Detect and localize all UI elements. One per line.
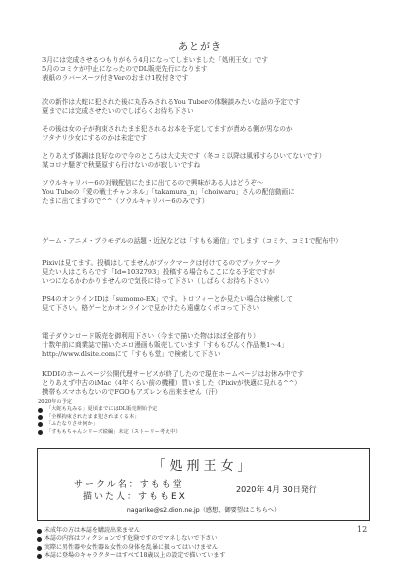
text-line: 次の新作は大蛇に犯された後に丸呑みされるYou Tuberの体験談みたいな話の予… — [42, 98, 372, 107]
text-line: ソウルキャリバー6の対戦配信にたまに出てるので興味がある人はどうぞ～ — [42, 179, 372, 188]
plan-item: 「大蛇も丸みる」夏頃までにはDL販売開始予定 — [38, 406, 181, 413]
paragraph-download-sales: 電子ダウンロード販売を御利用下さい（今まで描いた物はほぼ全部有り） 十数年前に商… — [42, 332, 372, 360]
bullet-icon — [37, 546, 42, 551]
text-line: 電子ダウンロード販売を御利用下さい（今まで描いた物はほぼ全部有り） — [42, 332, 372, 341]
text-line: 3月には完成させるつもりがもう4月になってしまいました「処刑王女」です — [42, 56, 372, 65]
publish-date: 2020年 4月 30日発行 — [236, 484, 317, 495]
bullet-icon — [38, 430, 43, 435]
plan-item: 「ふたなりさせ何か」 — [38, 421, 181, 428]
bullet-icon — [38, 422, 43, 427]
afterword-heading: あとがき — [0, 38, 400, 53]
text-line: いつになるかわかりませんので気長に待って下さい（しばらくお待ち下さい） — [42, 277, 372, 286]
bullet-icon — [37, 554, 42, 559]
bullet-icon — [38, 415, 43, 420]
notices-list: 未成年の方は本誌を購読出来ません 本誌の内容はフィクションです危険ですのでマネし… — [37, 527, 225, 561]
paragraph-next-work: 次の新作は大蛇に犯された後に丸呑みされるYou Tuberの体験談みたいな話の予… — [42, 98, 372, 116]
paragraph-ps4: PS4のオンラインIDは「sumomo-EX」です。トロフィーとか見たい場合は検… — [42, 295, 372, 313]
text-line: http://www.dlsite.comにて「すもも堂」で検索して下さい — [42, 350, 372, 359]
text-line: ゲーム・アニメ・プラモデルの話題・近況などは「すもも通信」でします（コミケ、コミ… — [42, 237, 372, 246]
bullet-icon — [37, 529, 42, 534]
colophon-box: 「処刑王女」 サークル名：すもも堂 描いた人：すももEX 2020年 4月 30… — [37, 448, 370, 521]
plans-list: 2020年の予定 「大蛇も丸みる」夏頃までにはDL販売開始予定 「全裸拘束された… — [38, 399, 181, 436]
paragraph-health: とりあえず体調は良好なので今のところは大丈夫です（冬コミ以降は風邪すらひいてない… — [42, 152, 372, 170]
text-line: とりあえず体調は良好なので今のところは大丈夫です（冬コミ以降は風邪すらひいてない… — [42, 152, 372, 161]
paragraph-soulcalibur: ソウルキャリバー6の対戦配信にたまに出てるので興味がある人はどうぞ～ You T… — [42, 179, 372, 207]
paragraph-homepage: KDDIのホームページ公開代理サービスが終了したので現在ホームページはお休み中で… — [42, 370, 372, 398]
text-line: 某コロナ騒ぎで秋葉原すら行けないのが寂しいですね — [42, 161, 372, 170]
paragraph-pixiv: Pixivは見てます。投稿はしてませんがブックマークは付けてるのでブックマーク … — [42, 259, 372, 287]
book-title: 「処刑王女」 — [38, 455, 369, 474]
plan-item: 「すももちゃんシリーズ続編」未定（ストーリー考え中） — [38, 429, 181, 436]
text-line: その後は女の子が拘束されたまま犯されるお本を予定してますが責める側が男なのか — [42, 125, 372, 134]
text-line: 見て下さい。格ゲーとかオンラインで見かけたら遠慮なくボコって下さい — [42, 304, 372, 313]
bullet-icon — [38, 408, 43, 413]
text-line: フタナリ少女にするのかは未定です — [42, 134, 372, 143]
text-line: 夏までには完成させたいのでしばらくお待ち下さい — [42, 107, 372, 116]
author-name: 描いた人：すももEX — [83, 489, 187, 502]
paragraph-after-that: その後は女の子が拘束されたまま犯されるお本を予定してますが責める側が男なのか フ… — [42, 125, 372, 143]
text-line: 表紙のラバースーツ付きVerのおまけ1枚付きです — [42, 74, 372, 83]
text-line: PS4のオンラインIDは「sumomo-EX」です。トロフィーとか見たい場合は検… — [42, 295, 372, 304]
bullet-icon — [37, 537, 42, 542]
notice-item: 実際に男性器や女性器＆女性の身体を乱暴に扱ってはいけません — [37, 544, 225, 552]
page-number: 12 — [357, 525, 367, 534]
text-line: Pixivは見てます。投稿はしてませんがブックマークは付けてるのでブックマーク — [42, 259, 372, 268]
text-line: 携帯もスマホもないのでFGOもアズレンも出来ません（汗） — [42, 388, 372, 397]
text-line: KDDIのホームページ公開代理サービスが終了したので現在ホームページはお休み中で… — [42, 370, 372, 379]
text-line: たまに出てますので^^（ソウルキャリバー6のみです） — [42, 197, 372, 206]
notice-item: 本誌に登場のキャラクターはすべて18歳以上の設定で描いています — [37, 552, 225, 560]
paragraph-newsletter: ゲーム・アニメ・プラモデルの話題・近況などは「すもも通信」でします（コミケ、コミ… — [42, 237, 372, 246]
contact-email: nagarike@s2.dion.ne.jp（感想、御要望はこちらへ） — [38, 505, 369, 514]
paragraph-release: 3月には完成させるつもりがもう4月になってしまいました「処刑王女」です 5月のコ… — [42, 56, 372, 84]
notice-item: 本誌の内容はフィクションです危険ですのでマネしないで下さい — [37, 535, 225, 543]
